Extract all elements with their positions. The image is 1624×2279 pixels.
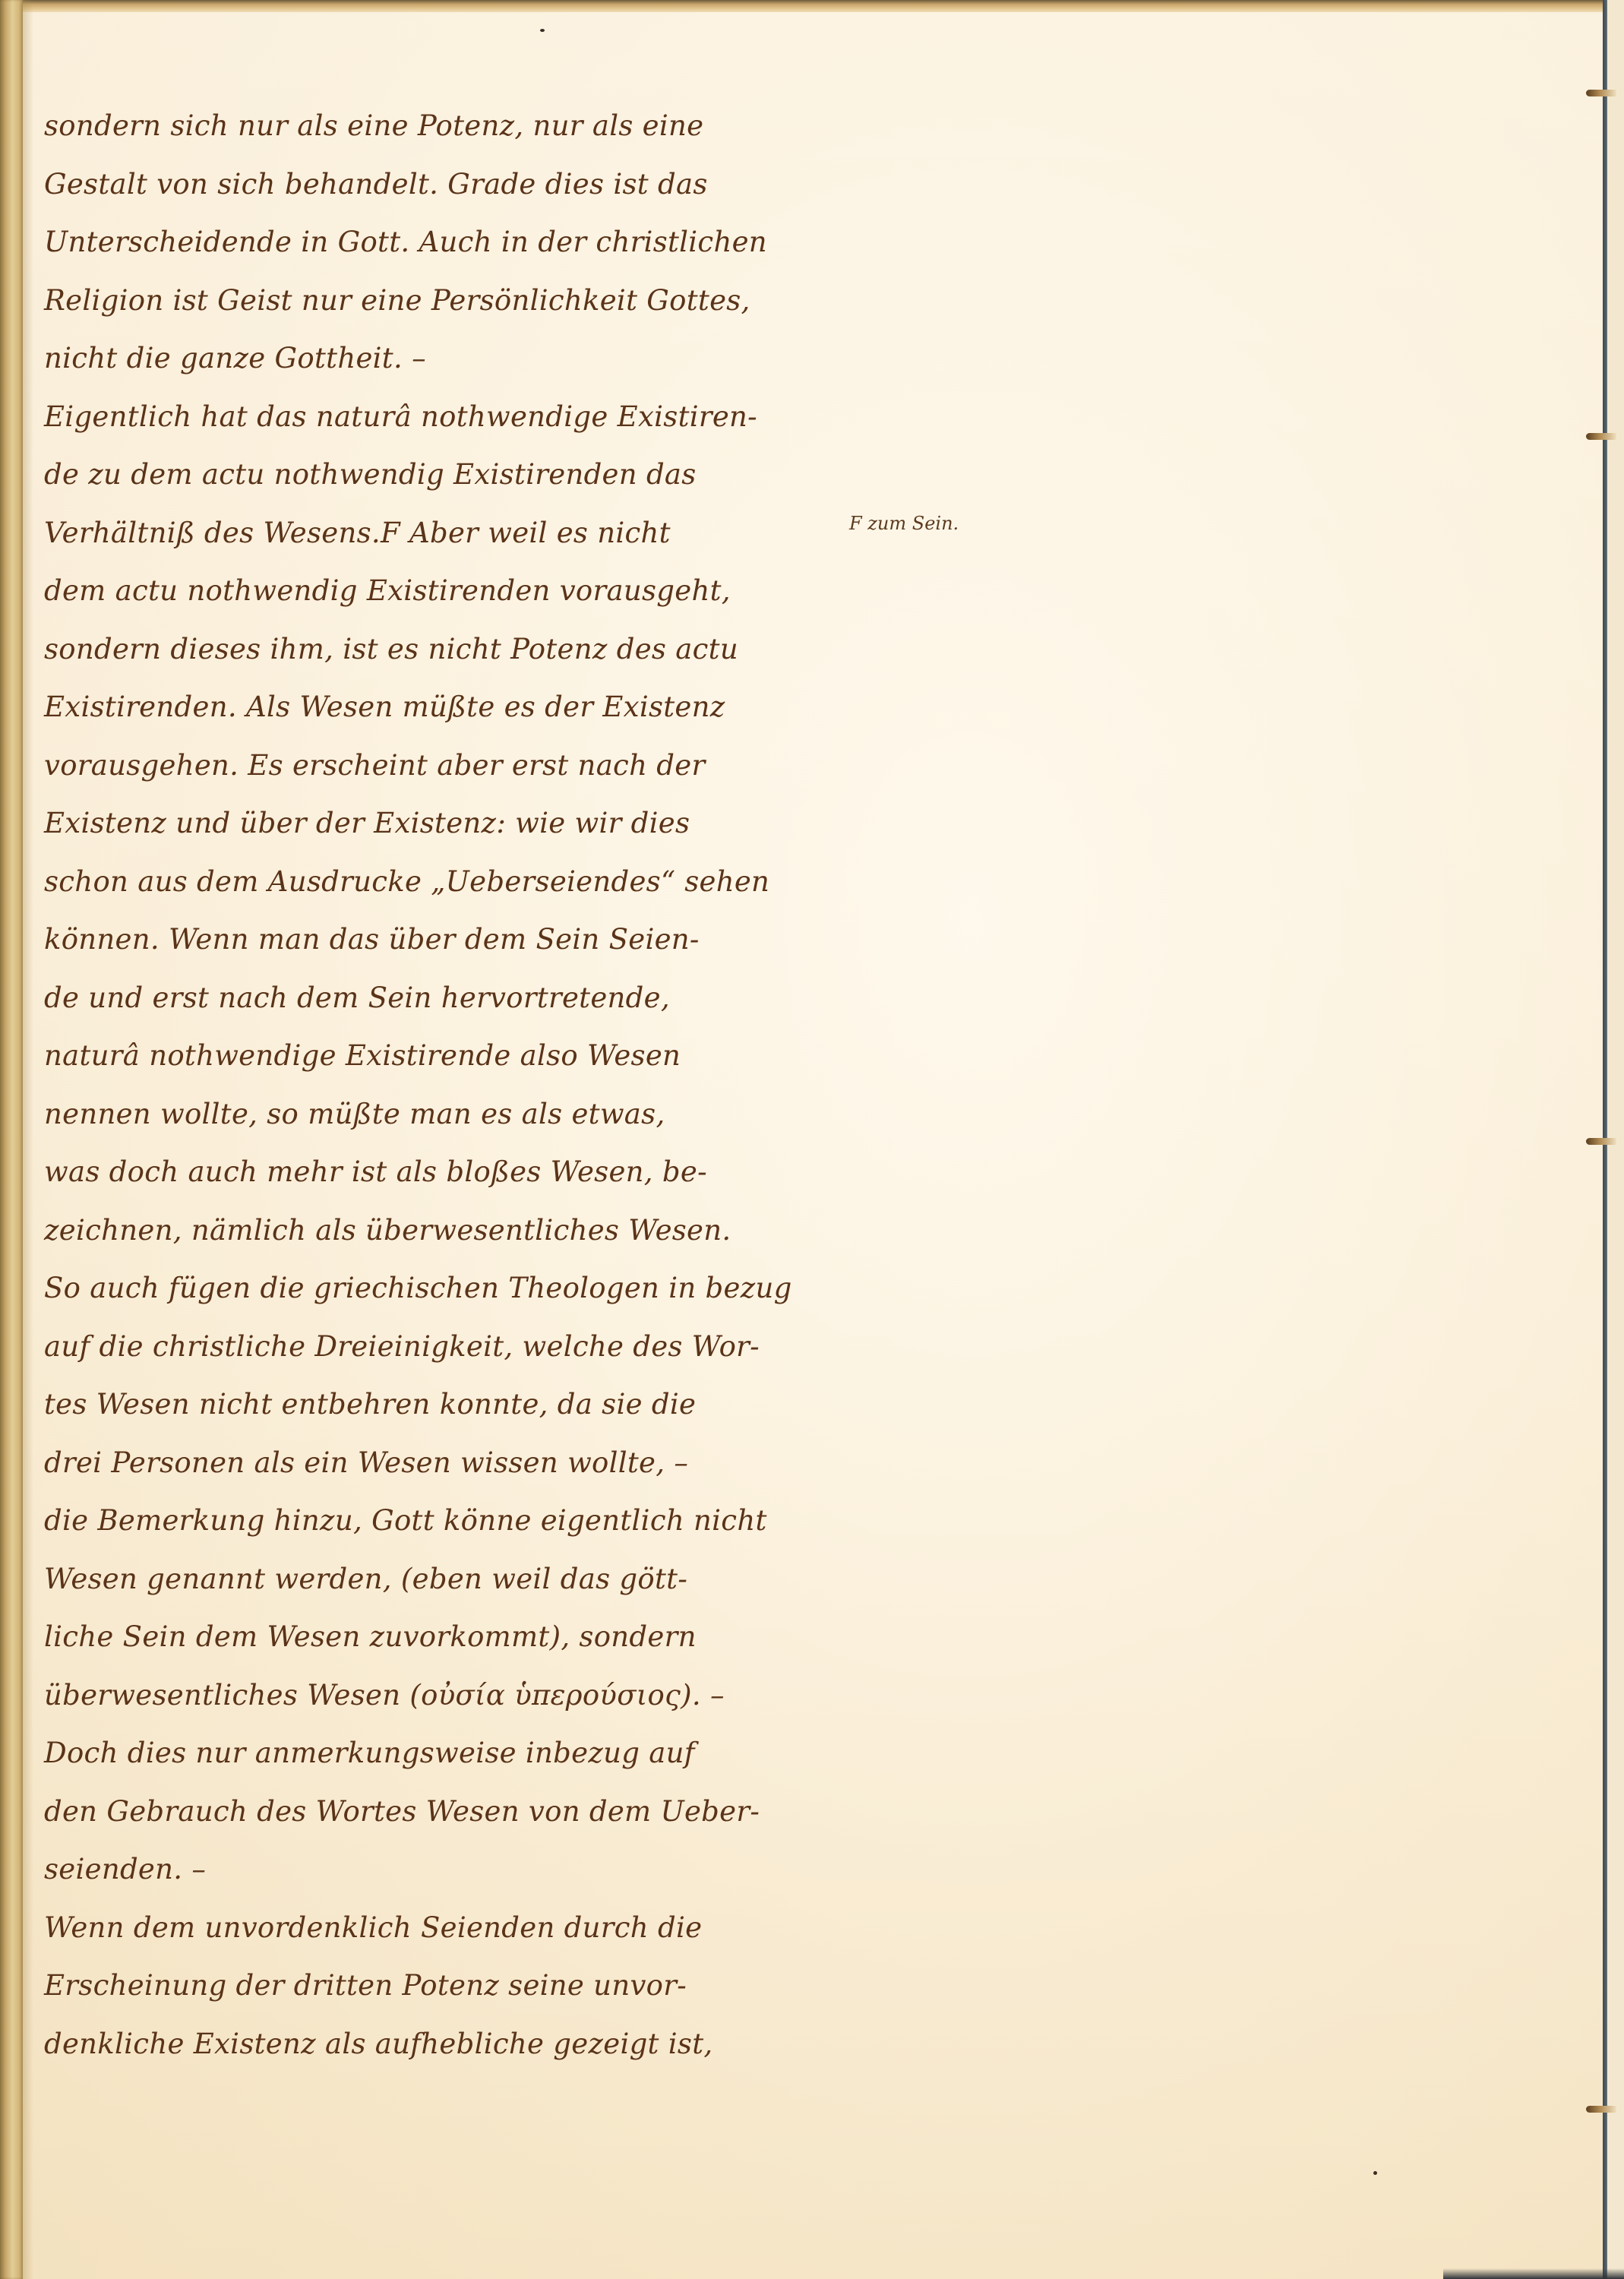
page-tab-marker [1586, 2106, 1616, 2113]
text-line: liche Sein dem Wesen zuvorkommt), sonder… [44, 1608, 849, 1667]
text-line: dem actu nothwendig Existirenden vorausg… [44, 562, 849, 621]
page-tab-marker [1586, 90, 1616, 96]
text-line: Unterscheidende in Gott. Auch in der chr… [44, 213, 849, 272]
text-line: Wenn dem unvordenklich Seienden durch di… [44, 1899, 849, 1958]
text-line: überwesentliches Wesen (οὐσία ὑπερούσιος… [44, 1667, 849, 1725]
text-line: den Gebrauch des Wortes Wesen von dem Ue… [44, 1783, 849, 1841]
text-line: Existirenden. Als Wesen müßte es der Exi… [44, 678, 849, 737]
text-line: auf die christliche Dreieinigkeit, welch… [44, 1318, 849, 1377]
text-line: nicht die ganze Gottheit. – [44, 330, 849, 388]
text-line: was doch auch mehr ist als bloßes Wesen,… [44, 1143, 849, 1202]
text-line: Verhältniß des Wesens.F Aber weil es nic… [44, 504, 849, 563]
book-top-edge [0, 0, 1624, 12]
text-line: Doch dies nur anmerkungsweise inbezug au… [44, 1724, 849, 1783]
text-line: Erscheinung der dritten Potenz seine unv… [44, 1957, 849, 2015]
text-line: Eigentlich hat das naturâ nothwendige Ex… [44, 388, 849, 447]
margin-footnote: F zum Sein. [849, 513, 959, 534]
manuscript-text: sondern sich nur als eine Potenz, nur al… [44, 97, 849, 2073]
page-tab-marker [1586, 1138, 1616, 1145]
text-line: naturâ nothwendige Existirende also Wese… [44, 1027, 849, 1086]
text-line: drei Personen als ein Wesen wissen wollt… [44, 1434, 849, 1493]
text-line: die Bemerkung hinzu, Gott könne eigentli… [44, 1492, 849, 1550]
book-bottom-edge [1443, 2268, 1624, 2279]
text-line: denkliche Existenz als aufhebliche gezei… [44, 2015, 849, 2074]
text-line: Existenz und über der Existenz: wie wir … [44, 795, 849, 853]
text-line: de zu dem actu nothwendig Existirenden d… [44, 446, 849, 504]
text-line: sondern dieses ihm, ist es nicht Potenz … [44, 621, 849, 679]
book-gutter-edge [0, 0, 23, 2279]
text-line: schon aus dem Ausdrucke „Ueberseiendes“ … [44, 853, 849, 912]
text-line: tes Wesen nicht entbehren konnte, da sie… [44, 1376, 849, 1434]
text-line: können. Wenn man das über dem Sein Seien… [44, 911, 849, 969]
text-line: zeichnen, nämlich als überwesentliches W… [44, 1202, 849, 1260]
text-line: Wesen genannt werden, (eben weil das göt… [44, 1550, 849, 1609]
text-line: seienden. – [44, 1841, 849, 1899]
text-line: sondern sich nur als eine Potenz, nur al… [44, 97, 849, 156]
text-line: Gestalt von sich behandelt. Grade dies i… [44, 156, 849, 214]
text-line: nennen wollte, so müßte man es als etwas… [44, 1086, 849, 1144]
ink-speck [1373, 2171, 1377, 2175]
page-tab-marker [1586, 433, 1616, 440]
text-line: Religion ist Geist nur eine Persönlichke… [44, 272, 849, 330]
text-line: de und erst nach dem Sein hervortretende… [44, 969, 849, 1028]
text-line: So auch fügen die griechischen Theologen… [44, 1260, 849, 1318]
text-line: vorausgehen. Es erscheint aber erst nach… [44, 737, 849, 795]
ink-speck [540, 29, 545, 32]
manuscript-page: sondern sich nur als eine Potenz, nur al… [0, 0, 1624, 2279]
